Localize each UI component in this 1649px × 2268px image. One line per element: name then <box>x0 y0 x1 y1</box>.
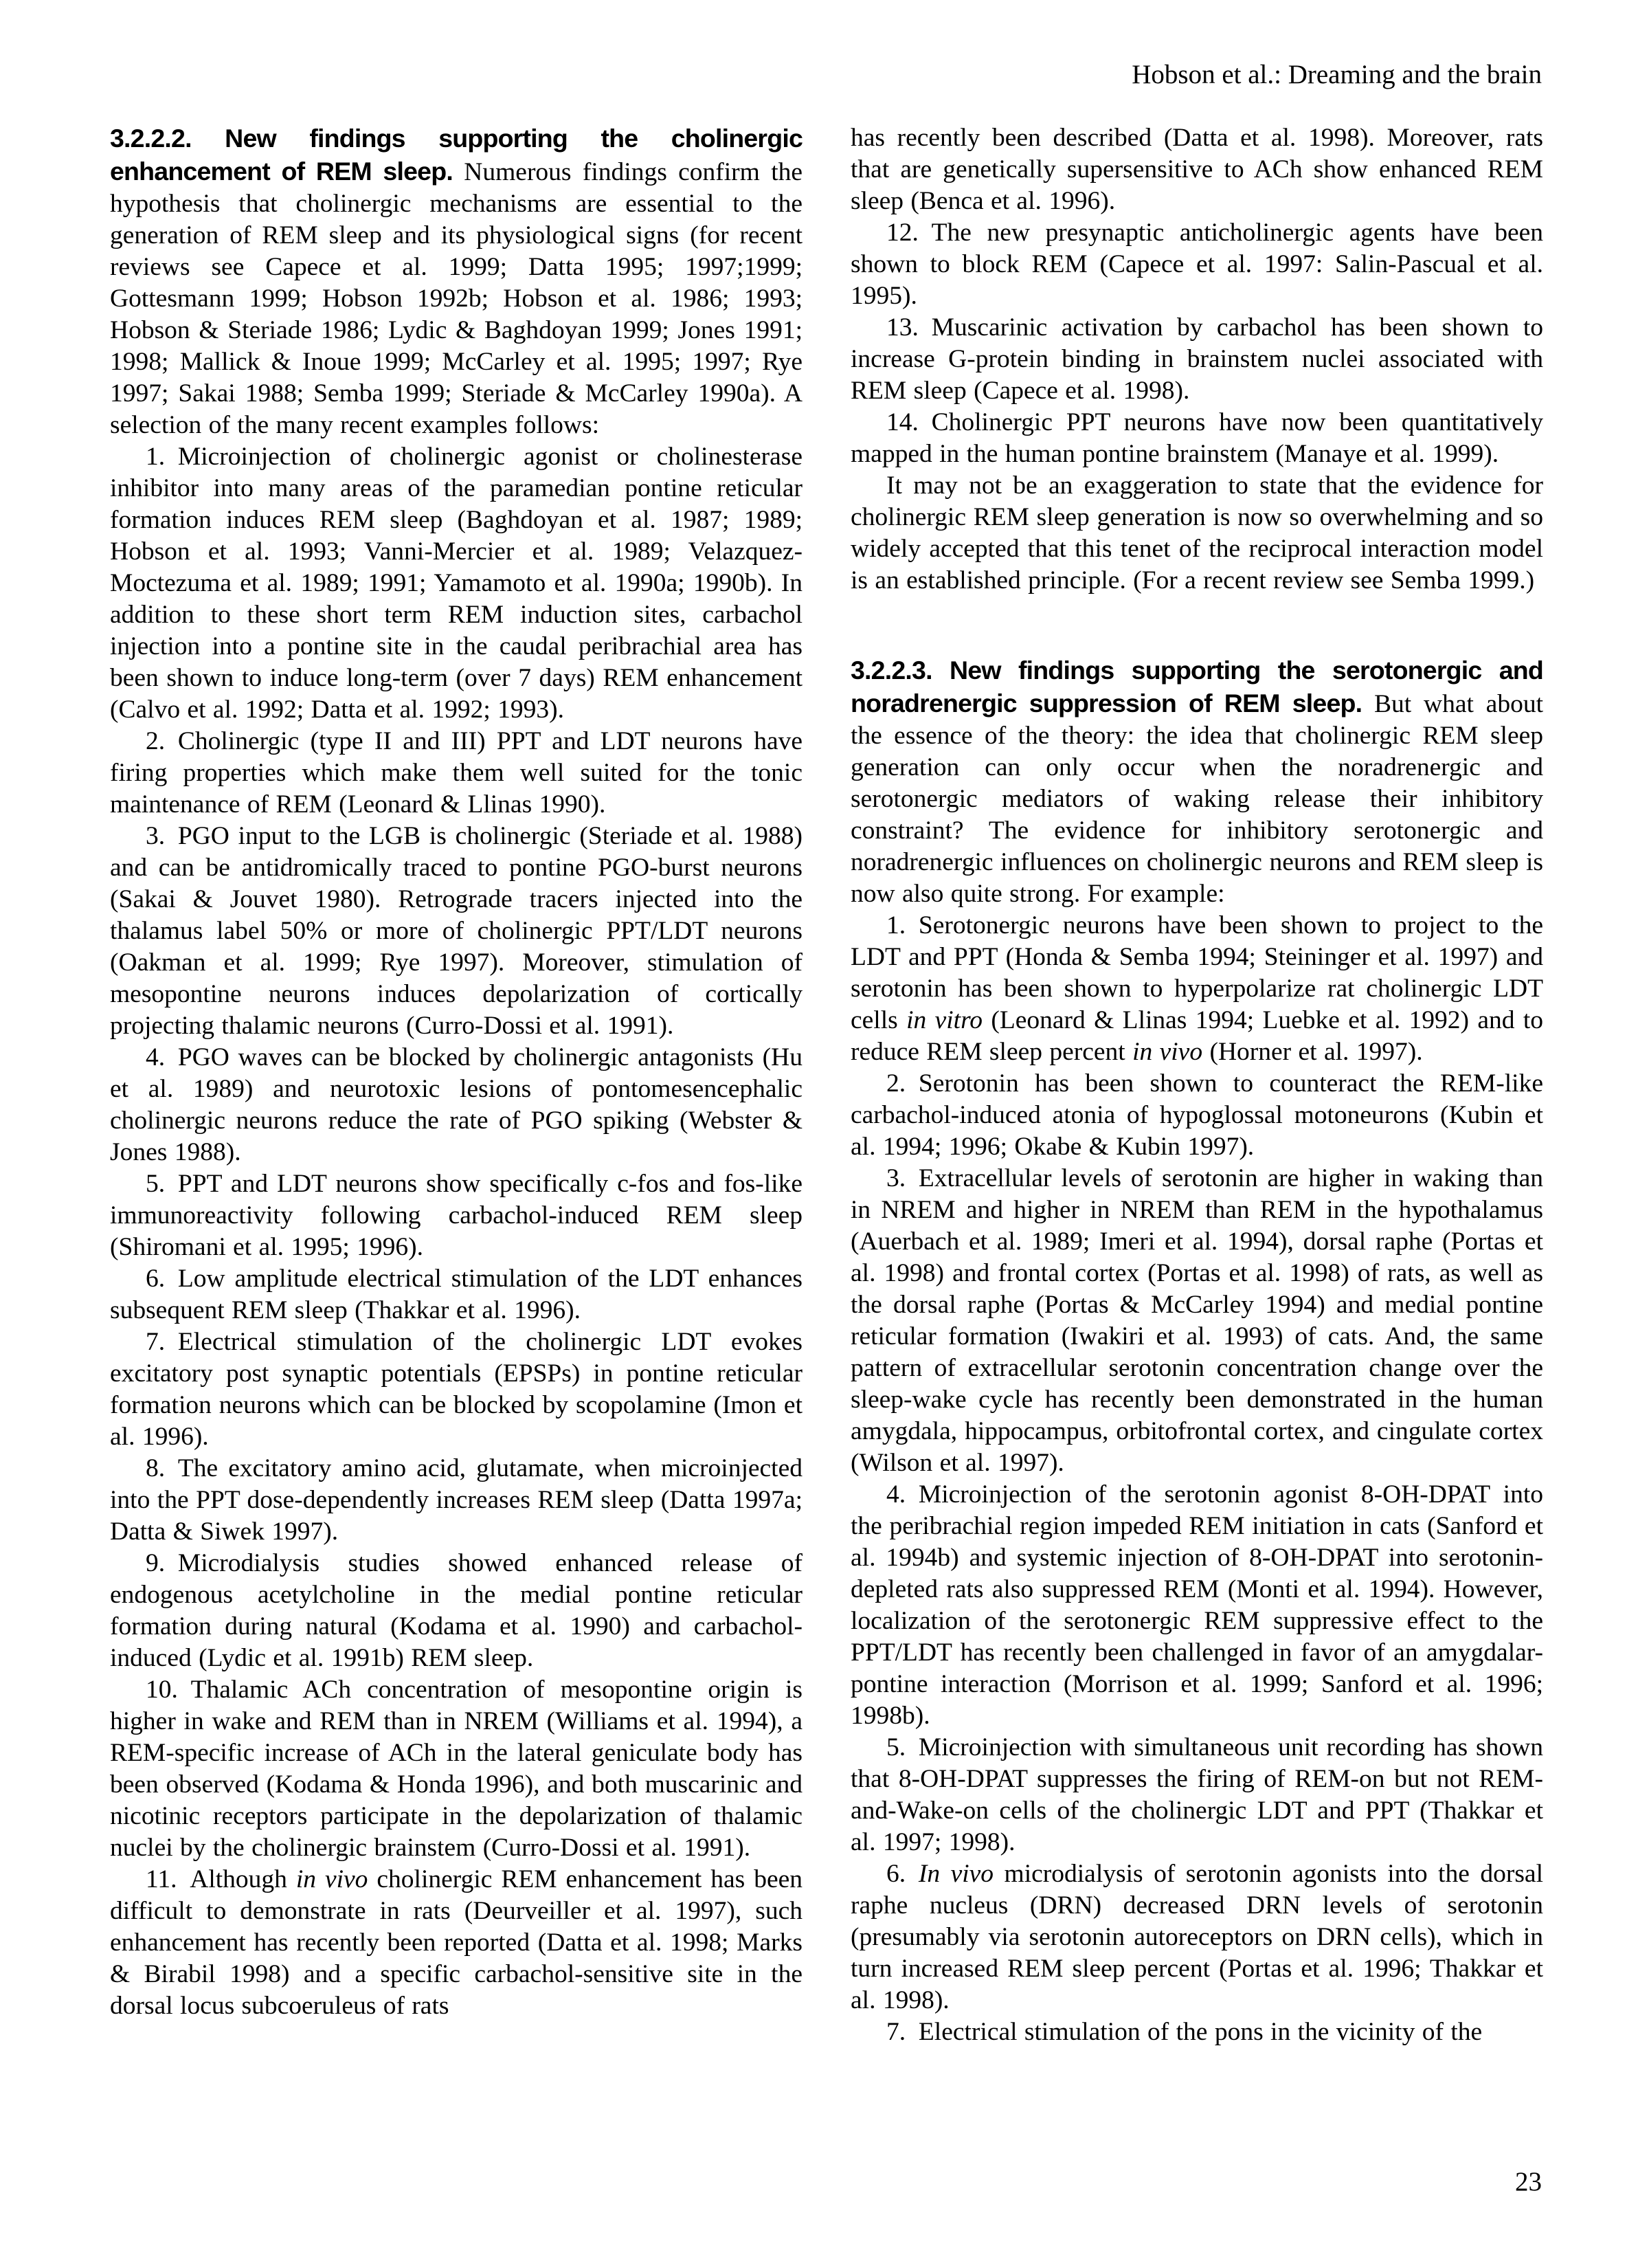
text-run: in vivo <box>296 1865 368 1893</box>
section-para-3-2-2-3: 3.2.2.3. New findings supporting the ser… <box>851 654 1543 910</box>
numbered-item-2: 2. Cholinergic (type II and III) PPT and… <box>110 726 803 821</box>
page-number: 23 <box>1515 2166 1542 2198</box>
text-run: 14. Cholinergic PPT neurons have now bee… <box>851 408 1543 468</box>
numbered-item-s6: 6. In vivo microdialysis of serotonin ag… <box>851 1858 1543 2016</box>
text-run: Numerous findings confirm the hypothesis… <box>110 158 803 439</box>
text-run: 3. PGO input to the LGB is cholinergic (… <box>110 822 803 1040</box>
text-run: (Horner et al. 1997). <box>1202 1038 1423 1066</box>
text-run: But what about the essence of the theory… <box>851 690 1543 908</box>
numbered-item-8: 8. The excitatory amino acid, glutamate,… <box>110 1453 803 1548</box>
numbered-item-10: 10. Thalamic ACh concentration of mesopo… <box>110 1674 803 1864</box>
numbered-item-6: 6. Low amplitude electrical stimulation … <box>110 1263 803 1326</box>
text-run: 4. PGO waves can be blocked by cholinerg… <box>110 1043 803 1166</box>
text-run: 13. Muscarinic activation by carbachol h… <box>851 313 1543 405</box>
text-run: 1. Microinjection of cholinergic agonist… <box>110 443 803 724</box>
column-left: 3.2.2.2. New findings supporting the cho… <box>110 122 803 2048</box>
numbered-item-4: 4. PGO waves can be blocked by cholinerg… <box>110 1042 803 1168</box>
page: Hobson et al.: Dreaming and the brain 3.… <box>0 0 1649 2268</box>
numbered-item-s7: 7. Electrical stimulation of the pons in… <box>851 2016 1543 2048</box>
text-run: 10. Thalamic ACh concentration of mesopo… <box>110 1676 803 1862</box>
text-columns: 3.2.2.2. New findings supporting the cho… <box>110 122 1543 2048</box>
numbered-item-7: 7. Electrical stimulation of the choline… <box>110 1326 803 1453</box>
numbered-item-s2: 2. Serotonin has been shown to counterac… <box>851 1068 1543 1163</box>
text-run: in vitro <box>906 1006 983 1034</box>
text-run: 2. Cholinergic (type II and III) PPT and… <box>110 727 803 819</box>
text-run: In vivo <box>919 1860 994 1888</box>
numbered-item-5: 5. PPT and LDT neurons show specifically… <box>110 1168 803 1263</box>
numbered-item-14: 14. Cholinergic PPT neurons have now bee… <box>851 407 1543 470</box>
continuation-para: has recently been described (Datta et al… <box>851 122 1543 217</box>
numbered-item-s1: 1. Serotonergic neurons have been shown … <box>851 910 1543 1068</box>
numbered-item-9: 9. Microdialysis studies showed enhanced… <box>110 1548 803 1674</box>
text-run: 6. Low amplitude electrical stimulation … <box>110 1265 803 1324</box>
text-run: 2. Serotonin has been shown to counterac… <box>851 1069 1543 1161</box>
text-run: 5. Microinjection with simultaneous unit… <box>851 1733 1543 1856</box>
column-right: has recently been described (Datta et al… <box>851 122 1543 2048</box>
text-run: in vivo <box>1132 1038 1202 1066</box>
numbered-item-1: 1. Microinjection of cholinergic agonist… <box>110 441 803 726</box>
numbered-item-11: 11. Although in vivo cholinergic REM enh… <box>110 1864 803 2022</box>
numbered-item-13: 13. Muscarinic activation by carbachol h… <box>851 312 1543 407</box>
text-run: 6. <box>886 1860 919 1888</box>
numbered-item-s3: 3. Extracellular levels of serotonin are… <box>851 1163 1543 1479</box>
numbered-item-12: 12. The new presynaptic anticholinergic … <box>851 217 1543 312</box>
numbered-item-3: 3. PGO input to the LGB is cholinergic (… <box>110 821 803 1042</box>
numbered-item-s5: 5. Microinjection with simultaneous unit… <box>851 1732 1543 1858</box>
text-run: 4. Microinjection of the serotonin agoni… <box>851 1480 1543 1730</box>
closing-para-3-2-2-2: It may not be an exaggeration to state t… <box>851 470 1543 597</box>
text-run: 12. The new presynaptic anticholinergic … <box>851 219 1543 310</box>
numbered-item-s4: 4. Microinjection of the serotonin agoni… <box>851 1479 1543 1732</box>
text-run: 7. Electrical stimulation of the choline… <box>110 1328 803 1451</box>
text-run: 5. PPT and LDT neurons show specifically… <box>110 1170 803 1261</box>
text-run: 7. Electrical stimulation of the pons in… <box>886 2018 1482 2046</box>
section-para-3-2-2-2: 3.2.2.2. New findings supporting the cho… <box>110 122 803 441</box>
text-run: 8. The excitatory amino acid, glutamate,… <box>110 1454 803 1546</box>
running-head: Hobson et al.: Dreaming and the brain <box>1132 59 1542 91</box>
text-run: It may not be an exaggeration to state t… <box>851 471 1543 594</box>
text-run: has recently been described (Datta et al… <box>851 124 1543 215</box>
text-run: 9. Microdialysis studies showed enhanced… <box>110 1549 803 1672</box>
text-run: 3. Extracellular levels of serotonin are… <box>851 1164 1543 1477</box>
text-run: 11. Although <box>146 1865 296 1893</box>
